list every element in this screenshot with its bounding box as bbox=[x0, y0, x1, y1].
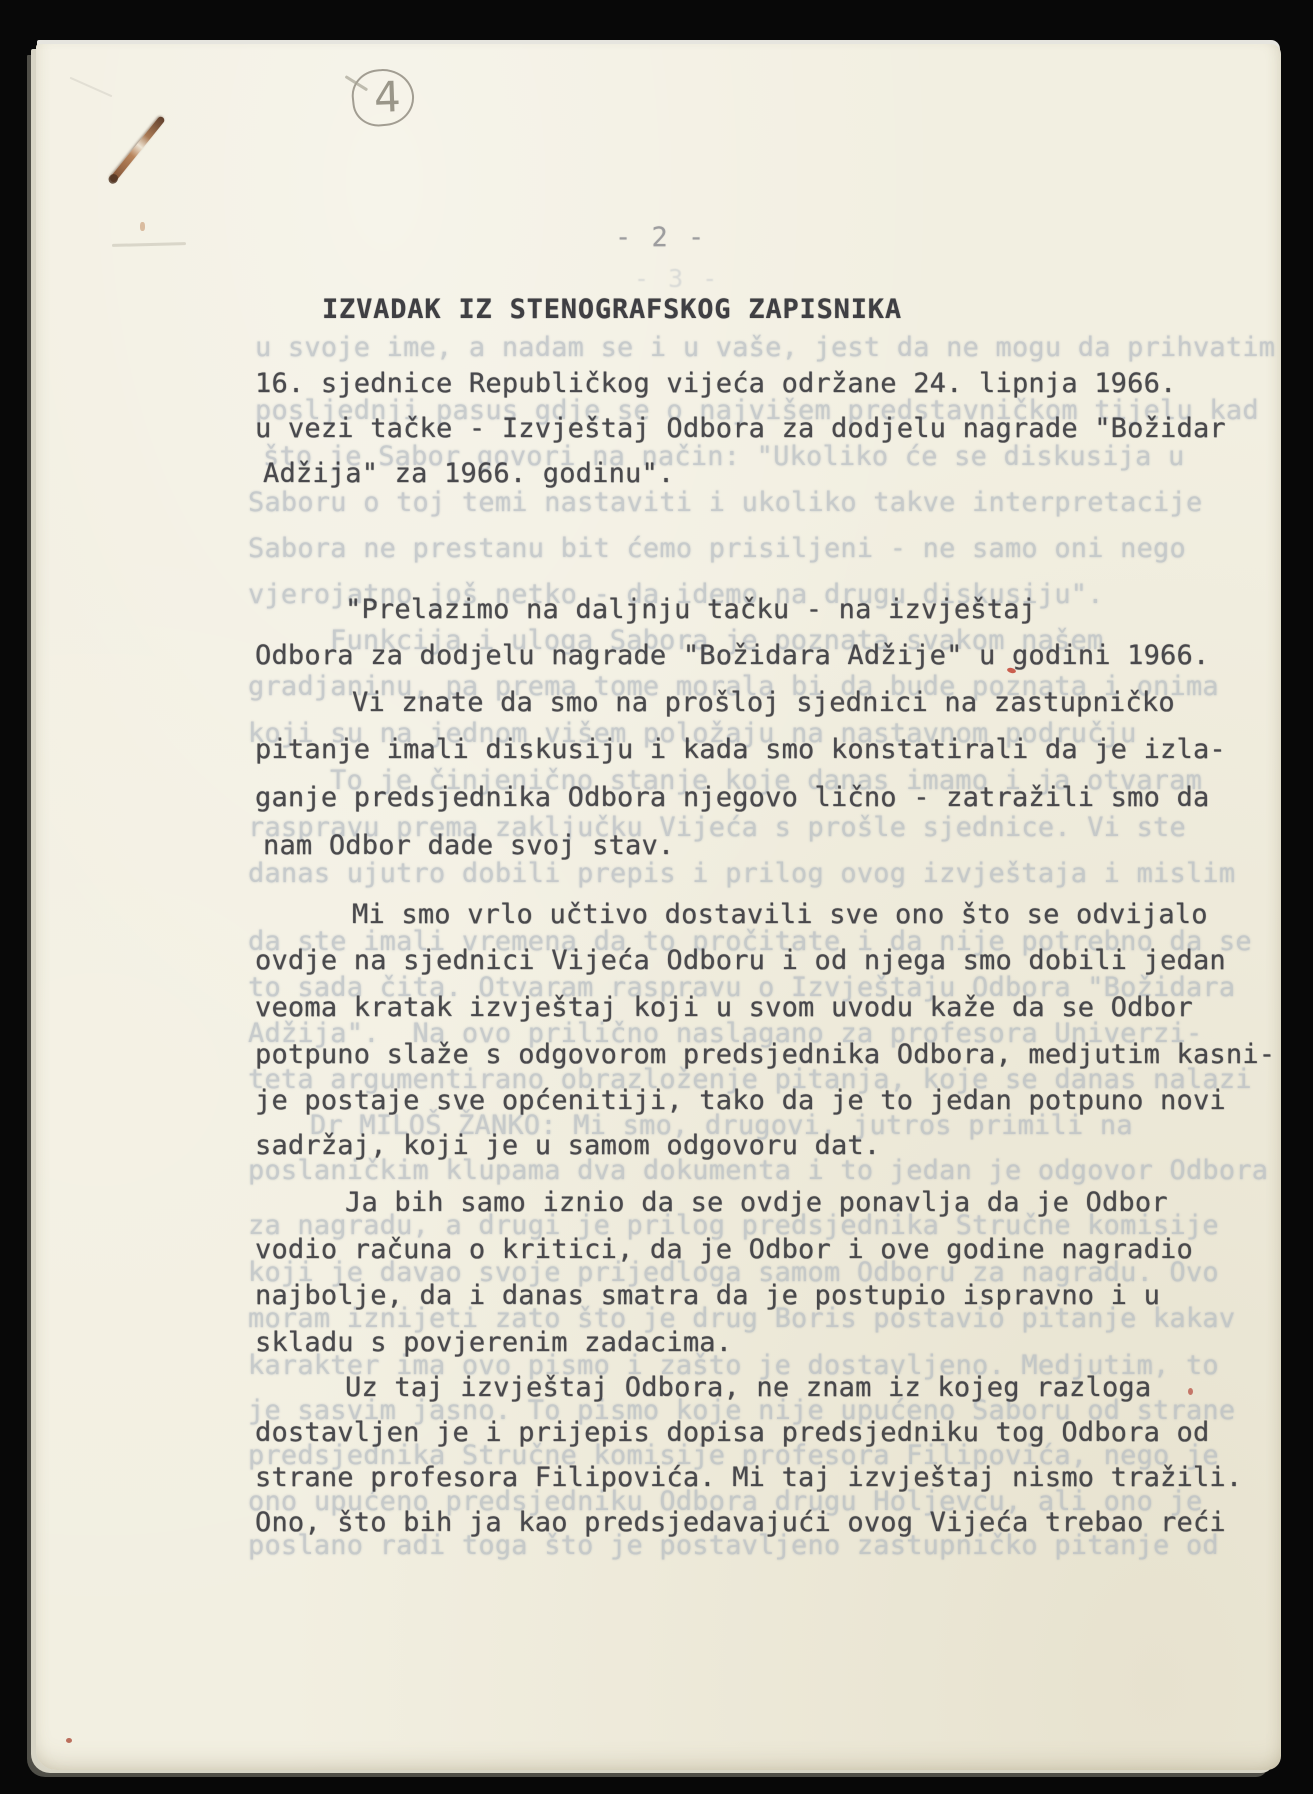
text-line: Ono, što bih ja kao predsjedavajući ovog… bbox=[255, 1507, 1226, 1539]
text-line: dostavljen je i prijepis dopisa predsjed… bbox=[255, 1417, 1209, 1449]
text-line: najbolje, da i danas smatra da je postup… bbox=[255, 1280, 1160, 1312]
ghost-text-line: danas ujutro dobili prepis i prilog ovog… bbox=[248, 858, 1235, 890]
text-line: strane profesora Filipovića. Mi taj izvj… bbox=[255, 1462, 1242, 1494]
scanned-document: { "document": { "handwritten_index": "4"… bbox=[0, 0, 1313, 1794]
text-line: potpuno slaže s odgovorom predsjednika O… bbox=[255, 1039, 1275, 1071]
ghost-text-line: u svoje ime, a nadam se i u vaše, jest d… bbox=[255, 332, 1275, 364]
text-line: Ja bih samo iznio da se ovdje ponavlja d… bbox=[345, 1187, 1168, 1219]
text-line: nam Odbor dade svoj stav. bbox=[263, 830, 674, 862]
text-line: sadržaj, koji je u samom odgovoru dat. bbox=[255, 1130, 880, 1162]
text-line: Odbora za dodjelu nagrade "Božidara Adži… bbox=[255, 640, 1209, 672]
text-line: pitanje imali diskusiju i kada smo konst… bbox=[255, 734, 1226, 766]
ghost-text-line: Saboru o toj temi nastaviti i ukoliko ta… bbox=[248, 487, 1202, 519]
staple-pin bbox=[109, 115, 166, 183]
text-line: Mi smo vrlo učtivo dostavili sve ono što… bbox=[352, 899, 1208, 931]
pencil-scratch bbox=[70, 77, 113, 98]
ghost-page-number: - 3 - bbox=[634, 264, 719, 293]
text-line: ganje predsjednika Odbora njegovo lično … bbox=[255, 782, 1209, 814]
text-line: Uz taj izvještaj Odbora, ne znam iz koje… bbox=[345, 1372, 1151, 1404]
text-line: veoma kratak izvještaj koji u svom uvodu… bbox=[255, 992, 1193, 1024]
text-line: vodio računa o kritici, da je Odbor i ov… bbox=[255, 1234, 1193, 1266]
page-content: 4 - 2 - - 3 - IZVADAK IZ STENOGRAFSKOG Z… bbox=[0, 0, 1313, 1794]
handwritten-number: 4 bbox=[373, 72, 401, 122]
text-line: Adžija" za 1966. godinu". bbox=[263, 458, 674, 490]
red-speck bbox=[1188, 1388, 1193, 1395]
ghost-text-line: Sabora ne prestanu bit ćemo prisiljeni -… bbox=[248, 533, 1186, 565]
text-line: ovdje na sjednici Vijeća Odboru i od nje… bbox=[255, 945, 1226, 977]
faint-pencil-line bbox=[112, 242, 186, 247]
text-line: "Prelazimo na daljnju tačku - na izvješt… bbox=[345, 594, 1036, 626]
text-line: skladu s povjerenim zadacima. bbox=[255, 1327, 732, 1359]
document-title: IZVADAK IZ STENOGRAFSKOG ZAPISNIKA bbox=[322, 294, 902, 325]
text-line: 16. sjednice Republičkog vijeća održane … bbox=[255, 368, 1177, 400]
red-speck bbox=[66, 1738, 72, 1743]
rust-stain bbox=[140, 222, 145, 231]
text-line: u vezi tačke - Izvještaj Odbora za dodje… bbox=[255, 413, 1226, 445]
handwritten-circled-page-index: 4 bbox=[349, 66, 417, 129]
typed-page-number: - 2 - bbox=[615, 222, 706, 253]
text-line: Vi znate da smo na prošloj sjednici na z… bbox=[352, 687, 1175, 719]
text-line: je postaje sve općenitiji, tako da je to… bbox=[255, 1085, 1226, 1117]
